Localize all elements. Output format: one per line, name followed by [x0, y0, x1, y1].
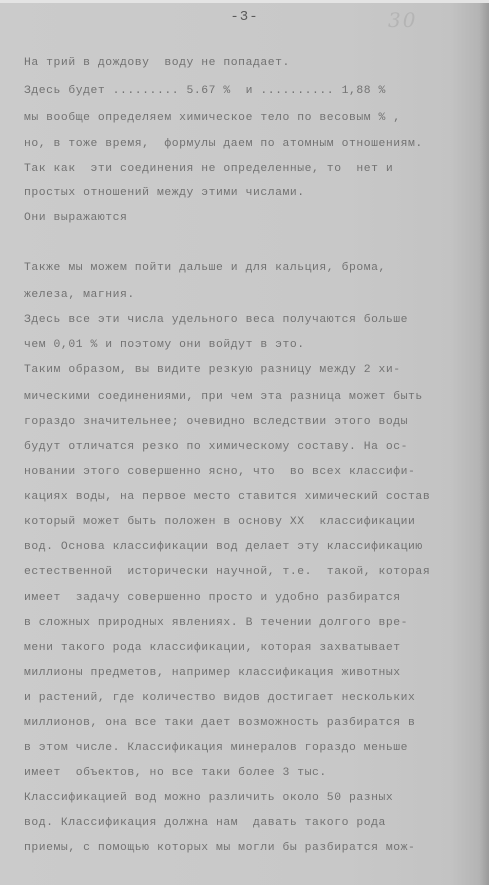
text-line: миллионов, она все таки дает возможность… [24, 716, 415, 730]
text-line: вод. Основа классификации вод делает эту… [24, 540, 423, 554]
text-line: Таким образом, вы видите резкую разницу … [24, 363, 401, 377]
text-line: но, в тоже время, формулы даем по атомны… [24, 137, 423, 151]
text-line: Также мы можем пойти дальше и для кальци… [24, 261, 386, 275]
handwritten-folio-number: 30 [388, 8, 417, 32]
text-line: мени такого рода классификации, которая … [24, 641, 401, 655]
page-top-edge [0, 0, 489, 3]
text-line: и растений, где количество видов достига… [24, 691, 415, 705]
text-line: Здесь будет ......... 5.67 % и .........… [24, 84, 386, 98]
text-line: гораздо значительнее; очевидно вследстви… [24, 415, 408, 429]
text-line: естественной исторически научной, т.е. т… [24, 565, 430, 579]
text-line: имеет объектов, но все таки более 3 тыс. [24, 766, 327, 780]
text-line: чем 0,01 % и поэтому они войдут в это. [24, 338, 305, 352]
text-line: Они выражаются [24, 211, 127, 225]
text-line: миллионы предметов, например классификац… [24, 666, 401, 680]
text-line: в сложных природных явлениях. В течении … [24, 616, 408, 630]
text-line: железа, магния. [24, 288, 135, 302]
text-line: имеет задачу совершенно просто и удобно … [24, 591, 401, 605]
text-line: новании этого совершенно ясно, что во вс… [24, 465, 415, 479]
document-page: -3- 30 На трий в дождову воду не попадае… [0, 0, 489, 885]
text-line: будут отличатся резко по химическому сос… [24, 440, 408, 454]
text-line: кациях воды, на первое место ставится хи… [24, 490, 430, 504]
text-line: Классификацией вод можно различить около… [24, 791, 393, 805]
text-line: мическими соединениями, при чем эта разн… [24, 390, 423, 404]
text-line: вод. Классификация должна нам давать так… [24, 816, 386, 830]
text-line: Здесь все эти числа удельного веса получ… [24, 313, 408, 327]
text-line: Так как эти соединения не определенные, … [24, 162, 393, 176]
text-line: мы вообще определяем химическое тело по … [24, 111, 401, 125]
text-line: приемы, с помощью которых мы могли бы ра… [24, 841, 415, 855]
text-line: простых отношений между этими числами. [24, 186, 305, 200]
text-line: в этом числе. Классификация минералов го… [24, 741, 408, 755]
text-line: На трий в дождову воду не попадает. [24, 56, 290, 70]
text-line: который может быть положен в основу ХХ к… [24, 515, 415, 529]
